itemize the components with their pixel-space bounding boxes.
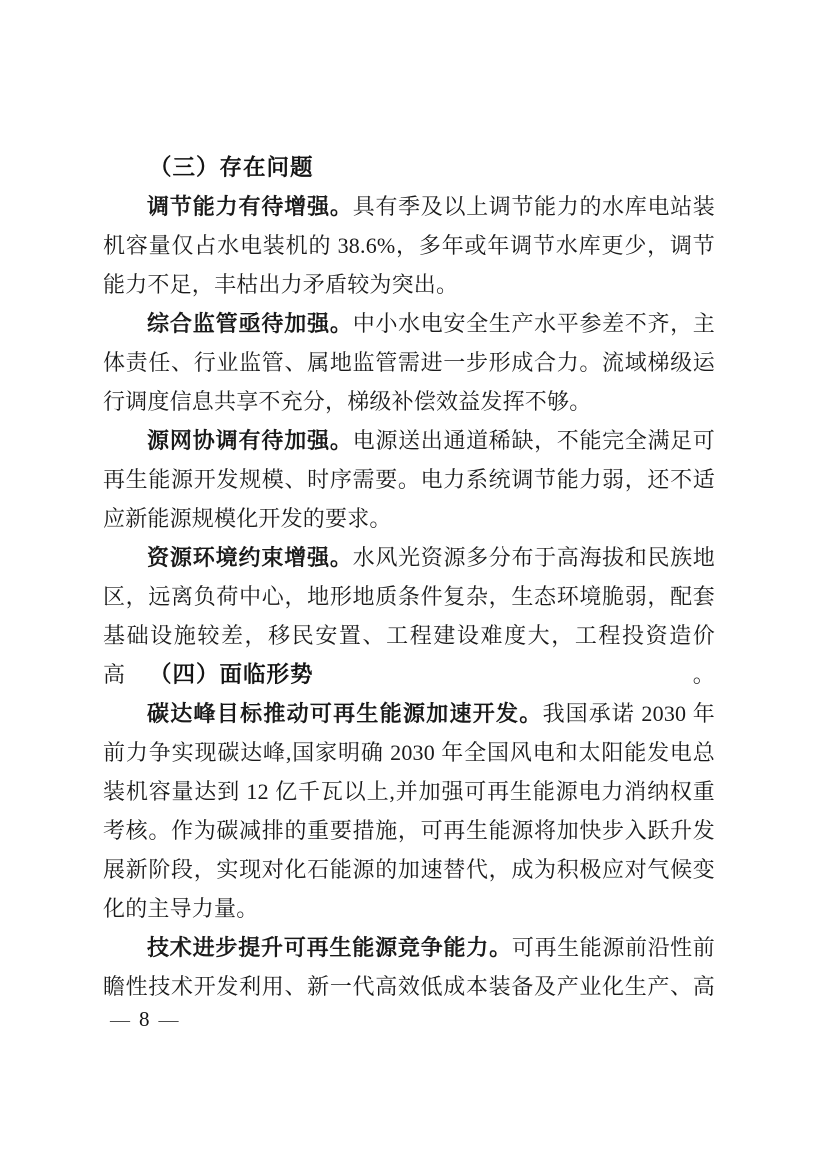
paragraph-line: 前力争实现碳达峰,国家明确 2030 年全国风电和太阳能发电总	[103, 733, 715, 772]
page-number: 8	[139, 1007, 150, 1031]
paragraph-lead: 源网协调有待加强。	[147, 428, 353, 453]
paragraph-lead: 调节能力有待增强。	[147, 194, 353, 219]
paragraph-text: 中小水电安全生产水平参差不齐，主	[353, 311, 715, 336]
paragraph-line: 基础设施较差，移民安置、工程建设难度大，工程投资造价高。	[103, 616, 715, 655]
paragraph-line: 机容量仅占水电装机的 38.6%，多年或年调节水库更少，调节	[103, 226, 715, 265]
footer-dash-left: —	[110, 1009, 130, 1031]
section-heading-existing-problems: （三）存在问题	[103, 148, 715, 187]
paragraph-line: 源网协调有待加强。电源送出通道稀缺，不能完全满足可	[103, 421, 715, 460]
paragraph-resource-environment-constraints: 资源环境约束增强。水风光资源多分布于高海拔和民族地 区，远离负荷中心，地形地质条…	[103, 538, 715, 655]
paragraph-line: 区，远离负荷中心，地形地质条件复杂，生态环境脆弱，配套	[103, 577, 715, 616]
paragraph-line: 能力不足，丰枯出力矛盾较为突出。	[103, 265, 715, 304]
paragraph-line: 应新能源规模化开发的要求。	[103, 499, 715, 538]
footer-dash-right: —	[159, 1009, 179, 1031]
paragraph-line: 展新阶段，实现对化石能源的加速替代，成为积极应对气候变	[103, 850, 715, 889]
paragraph-text: 电源送出通道稀缺，不能完全满足可	[353, 428, 715, 453]
paragraph-line: 化的主导力量。	[103, 889, 715, 928]
page-footer: —8—	[110, 1004, 179, 1034]
paragraph-line: 再生能源开发规模、时序需要。电力系统调节能力弱，还不适	[103, 460, 715, 499]
paragraph-technology-progress: 技术进步提升可再生能源竞争能力。可再生能源前沿性前 瞻性技术开发利用、新一代高效…	[103, 928, 715, 1006]
paragraph-line: 技术进步提升可再生能源竞争能力。可再生能源前沿性前	[103, 928, 715, 967]
text-column: （三）存在问题 调节能力有待增强。具有季及以上调节能力的水库电站装 机容量仅占水…	[103, 148, 715, 1006]
paragraph-line: 考核。作为碳减排的重要措施，可再生能源将加快步入跃升发	[103, 811, 715, 850]
paragraph-line: 装机容量达到 12 亿千瓦以上,并加强可再生能源电力消纳权重	[103, 772, 715, 811]
paragraph-line: 行调度信息共享不充分，梯级补偿效益发挥不够。	[103, 382, 715, 421]
paragraph-source-grid-coordination: 源网协调有待加强。电源送出通道稀缺，不能完全满足可 再生能源开发规模、时序需要。…	[103, 421, 715, 538]
paragraph-lead: 碳达峰目标推动可再生能源加速开发。	[147, 701, 543, 726]
paragraph-lead: 资源环境约束增强。	[147, 545, 353, 570]
paragraph-text: 我国承诺 2030 年	[543, 701, 715, 726]
paragraph-text: 具有季及以上调节能力的水库电站装	[353, 194, 715, 219]
paragraph-line: 体责任、行业监管、属地监管需进一步形成合力。流域梯级运	[103, 343, 715, 382]
paragraph-line: 综合监管亟待加强。中小水电安全生产水平参差不齐，主	[103, 304, 715, 343]
paragraph-line: 瞻性技术开发利用、新一代高效低成本装备及产业化生产、高	[103, 967, 715, 1006]
paragraph-text: 可再生能源前沿性前	[512, 935, 715, 960]
paragraph-line: 资源环境约束增强。水风光资源多分布于高海拔和民族地	[103, 538, 715, 577]
paragraph-comprehensive-supervision: 综合监管亟待加强。中小水电安全生产水平参差不齐，主 体责任、行业监管、属地监管需…	[103, 304, 715, 421]
paragraph-carbon-peak-target: 碳达峰目标推动可再生能源加速开发。我国承诺 2030 年 前力争实现碳达峰,国家…	[103, 694, 715, 928]
paragraph-text: 水风光资源多分布于高海拔和民族地	[353, 545, 715, 570]
paragraph-regulation-capacity: 调节能力有待增强。具有季及以上调节能力的水库电站装 机容量仅占水电装机的 38.…	[103, 187, 715, 304]
paragraph-lead: 综合监管亟待加强。	[147, 311, 353, 336]
document-page: （三）存在问题 调节能力有待增强。具有季及以上调节能力的水库电站装 机容量仅占水…	[0, 0, 826, 1169]
paragraph-line: 调节能力有待增强。具有季及以上调节能力的水库电站装	[103, 187, 715, 226]
paragraph-line: 碳达峰目标推动可再生能源加速开发。我国承诺 2030 年	[103, 694, 715, 733]
paragraph-lead: 技术进步提升可再生能源竞争能力。	[147, 935, 512, 960]
